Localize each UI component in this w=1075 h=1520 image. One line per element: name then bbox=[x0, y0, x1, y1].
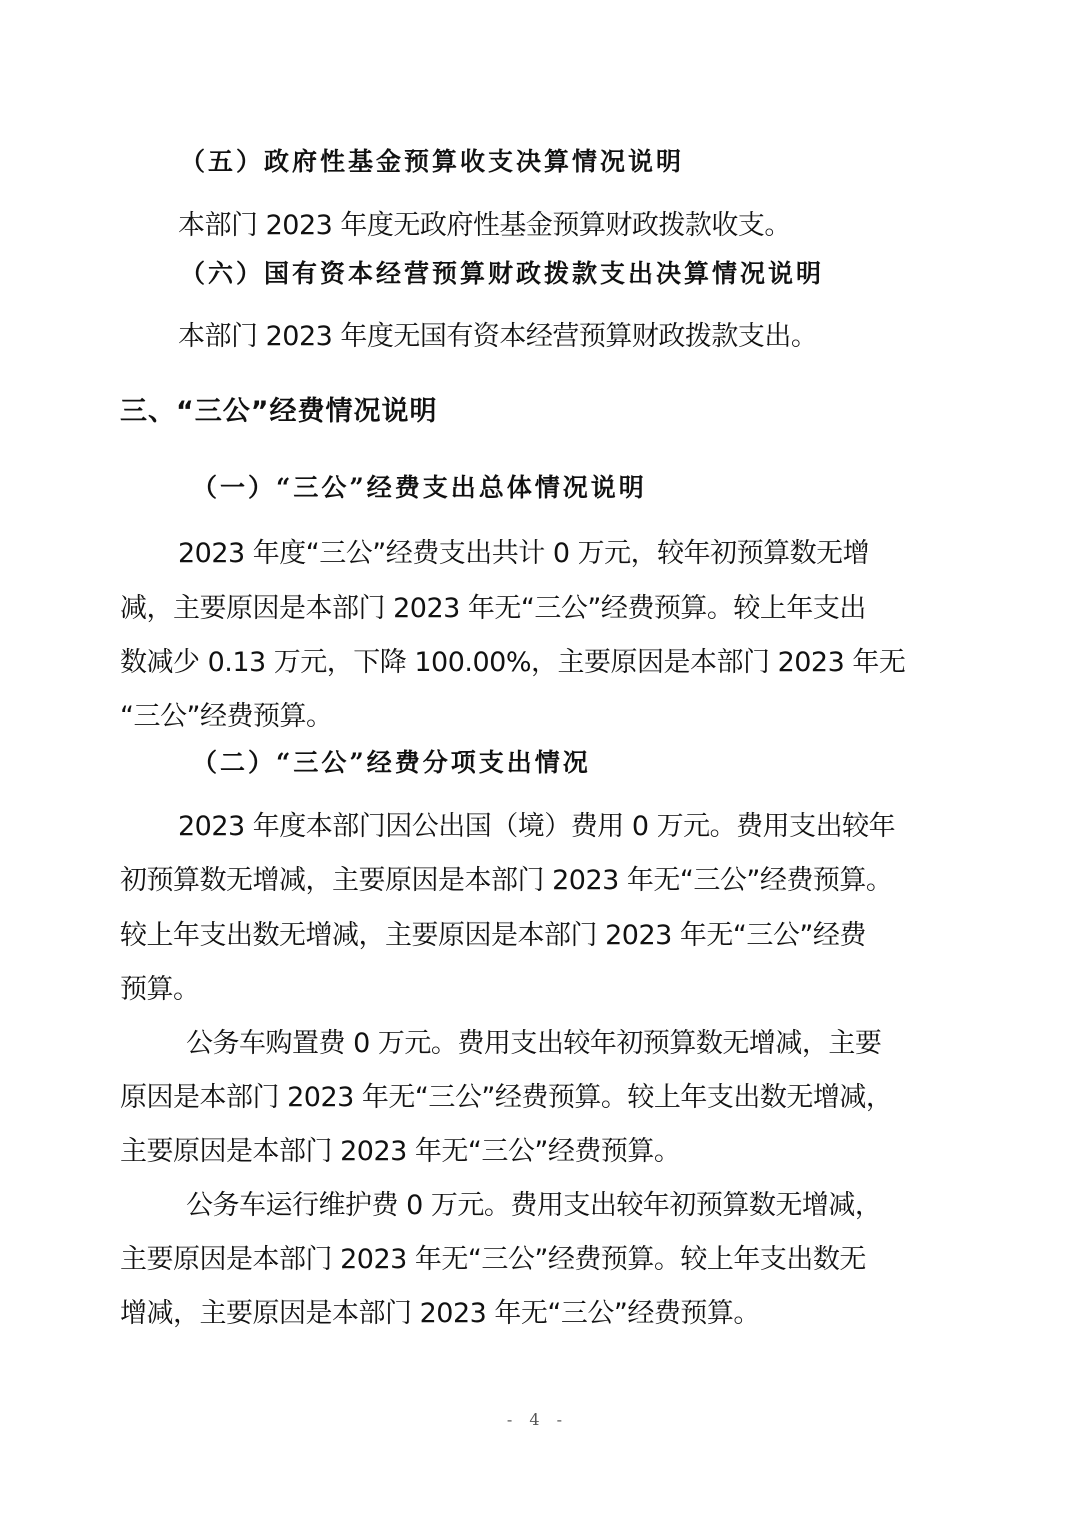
paragraph-line: 数减少 0.13 万元，下降 100.00%，主要原因是本部门 2023 年无 bbox=[120, 640, 905, 679]
paragraph-line: “三公”经费预算。 bbox=[120, 694, 332, 733]
section-heading-state-capital: （六）国有资本经营预算财政拨款支出决算情况说明 bbox=[180, 254, 824, 290]
section-heading-government-fund: （五）政府性基金预算收支决算情况说明 bbox=[180, 142, 684, 178]
document-page: （五）政府性基金预算收支决算情况说明 本部门 2023 年度无政府性基金预算财政… bbox=[0, 0, 1075, 1520]
paragraph-line: 本部门 2023 年度无政府性基金预算财政拨款收支。 bbox=[178, 203, 791, 242]
paragraph-line: 预算。 bbox=[120, 967, 200, 1006]
paragraph-line: 增减，主要原因是本部门 2023 年无“三公”经费预算。 bbox=[120, 1291, 760, 1330]
paragraph-line: 2023 年度“三公”经费支出共计 0 万元，较年初预算数无增 bbox=[178, 531, 869, 570]
part-heading-three-public: 三、“三公”经费情况说明 bbox=[120, 389, 438, 428]
paragraph-line: 主要原因是本部门 2023 年无“三公”经费预算。较上年支出数无 bbox=[120, 1237, 866, 1276]
page-number: - 4 - bbox=[0, 1410, 1075, 1429]
section-heading-overall: （一）“三公”经费支出总体情况说明 bbox=[192, 468, 647, 504]
paragraph-line: 主要原因是本部门 2023 年无“三公”经费预算。 bbox=[120, 1129, 680, 1168]
paragraph-line: 初预算数无增减，主要原因是本部门 2023 年无“三公”经费预算。 bbox=[120, 858, 892, 897]
paragraph-line: 本部门 2023 年度无国有资本经营预算财政拨款支出。 bbox=[178, 314, 817, 353]
paragraph-line: 原因是本部门 2023 年无“三公”经费预算。较上年支出数无增减， bbox=[120, 1075, 892, 1114]
paragraph-line: 公务车购置费 0 万元。费用支出较年初预算数无增减，主要 bbox=[186, 1021, 881, 1060]
paragraph-line: 减，主要原因是本部门 2023 年无“三公”经费预算。较上年支出 bbox=[120, 586, 866, 625]
paragraph-line: 较上年支出数无增减，主要原因是本部门 2023 年无“三公”经费 bbox=[120, 913, 866, 952]
paragraph-line: 公务车运行维护费 0 万元。费用支出较年初预算数无增减， bbox=[186, 1183, 881, 1222]
section-heading-itemized: （二）“三公”经费分项支出情况 bbox=[192, 743, 591, 779]
paragraph-line: 2023 年度本部门因公出国（境）费用 0 万元。费用支出较年 bbox=[178, 804, 895, 843]
